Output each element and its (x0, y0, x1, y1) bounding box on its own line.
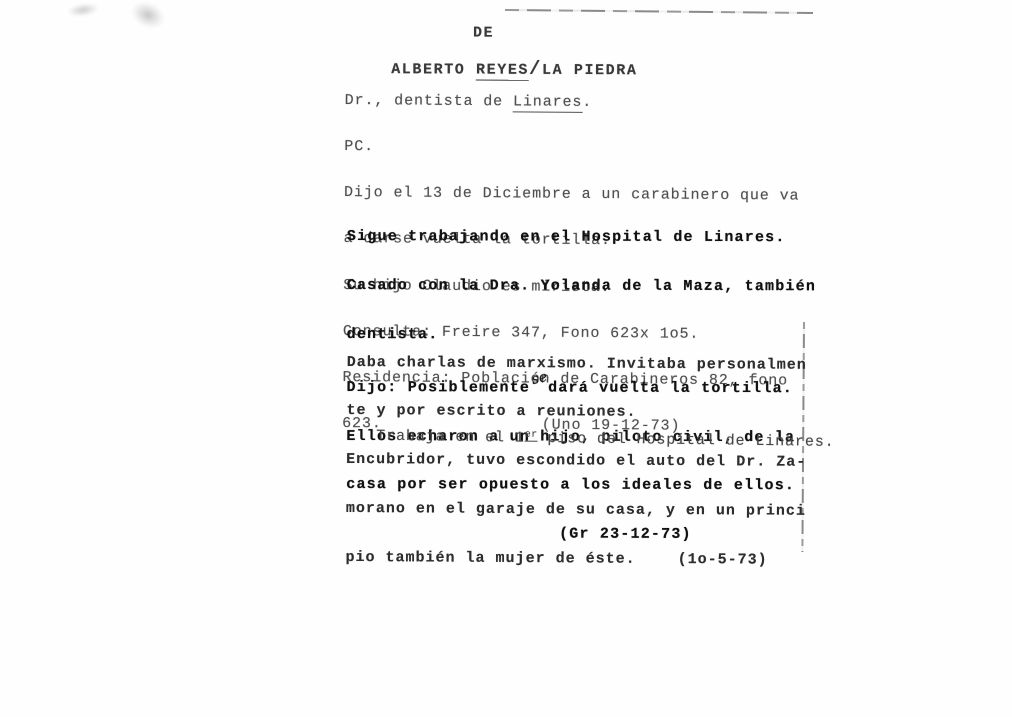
scanned-document-page: DE ALBERTO REYES/LA PIEDRA Dr., dentista… (0, 0, 1012, 717)
inserted-word-de: DE (473, 25, 494, 42)
typed-line: Daba charlas de marxismo. Invitaba perso… (347, 355, 807, 374)
last-line-with-date: pio también la mujer de éste.(1o-5-73) (346, 550, 806, 569)
profession-suffix: . (582, 94, 592, 111)
profession-line: Dr., dentista de Linares. (345, 93, 801, 112)
scan-smudge-left (67, 2, 98, 18)
scan-smudge-right (128, 0, 169, 33)
footer-suffix: piso del Hospital de Linares. (537, 430, 834, 451)
profession-prefix: Dr., dentista de (345, 92, 513, 110)
footer-line: Trabaja en el 1er piso del Hospital de L… (336, 409, 835, 467)
typed-line: Sigue trabajando en el Hospital de Linar… (347, 229, 816, 246)
party-line: PC. (344, 139, 800, 158)
place-underlined: Linares (513, 93, 582, 113)
scan-edge-top-line (505, 9, 813, 14)
typed-line: Casado con la Dra. Yolanda de la Maza, t… (347, 278, 816, 295)
typed-line: morano en el garaje de su casa, y en un … (346, 501, 806, 520)
typed-line-left: pio también la mujer de éste. (346, 549, 636, 568)
source-date: (1o-5-73) (678, 551, 768, 569)
footer-prefix: Trabaja en el 1 (376, 428, 525, 447)
ordinal-superscript: er (525, 430, 538, 442)
